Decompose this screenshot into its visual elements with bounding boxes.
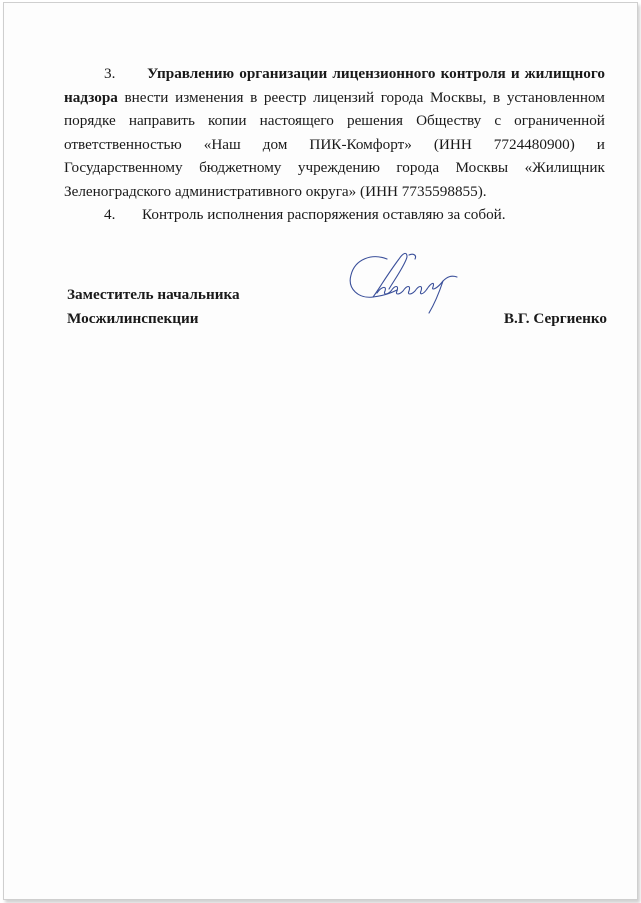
paragraph-number: 3. <box>104 62 142 86</box>
document-body: 3. Управлению организации лицензионного … <box>64 62 605 227</box>
paragraph-number: 4. <box>104 203 142 227</box>
paragraph-4: 4.Контроль исполнения распоряжения остав… <box>64 203 605 227</box>
paragraph-3-line-4: ответственностью «Наш дом ПИК-Комфорт» (… <box>64 133 605 157</box>
signatory-position-line-2: Мосжилинспекции <box>67 307 199 331</box>
paragraph-3-line-5: Государственному бюджетному учреждению г… <box>64 156 605 180</box>
paragraph-3-line-6: Зеленоградского административного округа… <box>64 180 605 204</box>
paragraph-3-line-1: 3. Управлению организации лицензионного … <box>64 62 605 86</box>
paragraph-3-line-2: надзора внести изменения в реестр лиценз… <box>64 86 605 110</box>
paragraph-text: Контроль исполнения распоряжения оставля… <box>142 206 506 223</box>
signature-block: Заместитель начальника Мосжилинспекции В… <box>67 283 607 331</box>
paragraph-3: 3. Управлению организации лицензионного … <box>64 62 605 203</box>
signatory-row: Мосжилинспекции В.Г. Сергиенко <box>67 307 607 331</box>
signatory-name: В.Г. Сергиенко <box>504 307 607 331</box>
signatory-position-line-1: Заместитель начальника <box>67 283 607 307</box>
paragraph-3-line-3: порядке направить копии настоящего решен… <box>64 109 605 133</box>
